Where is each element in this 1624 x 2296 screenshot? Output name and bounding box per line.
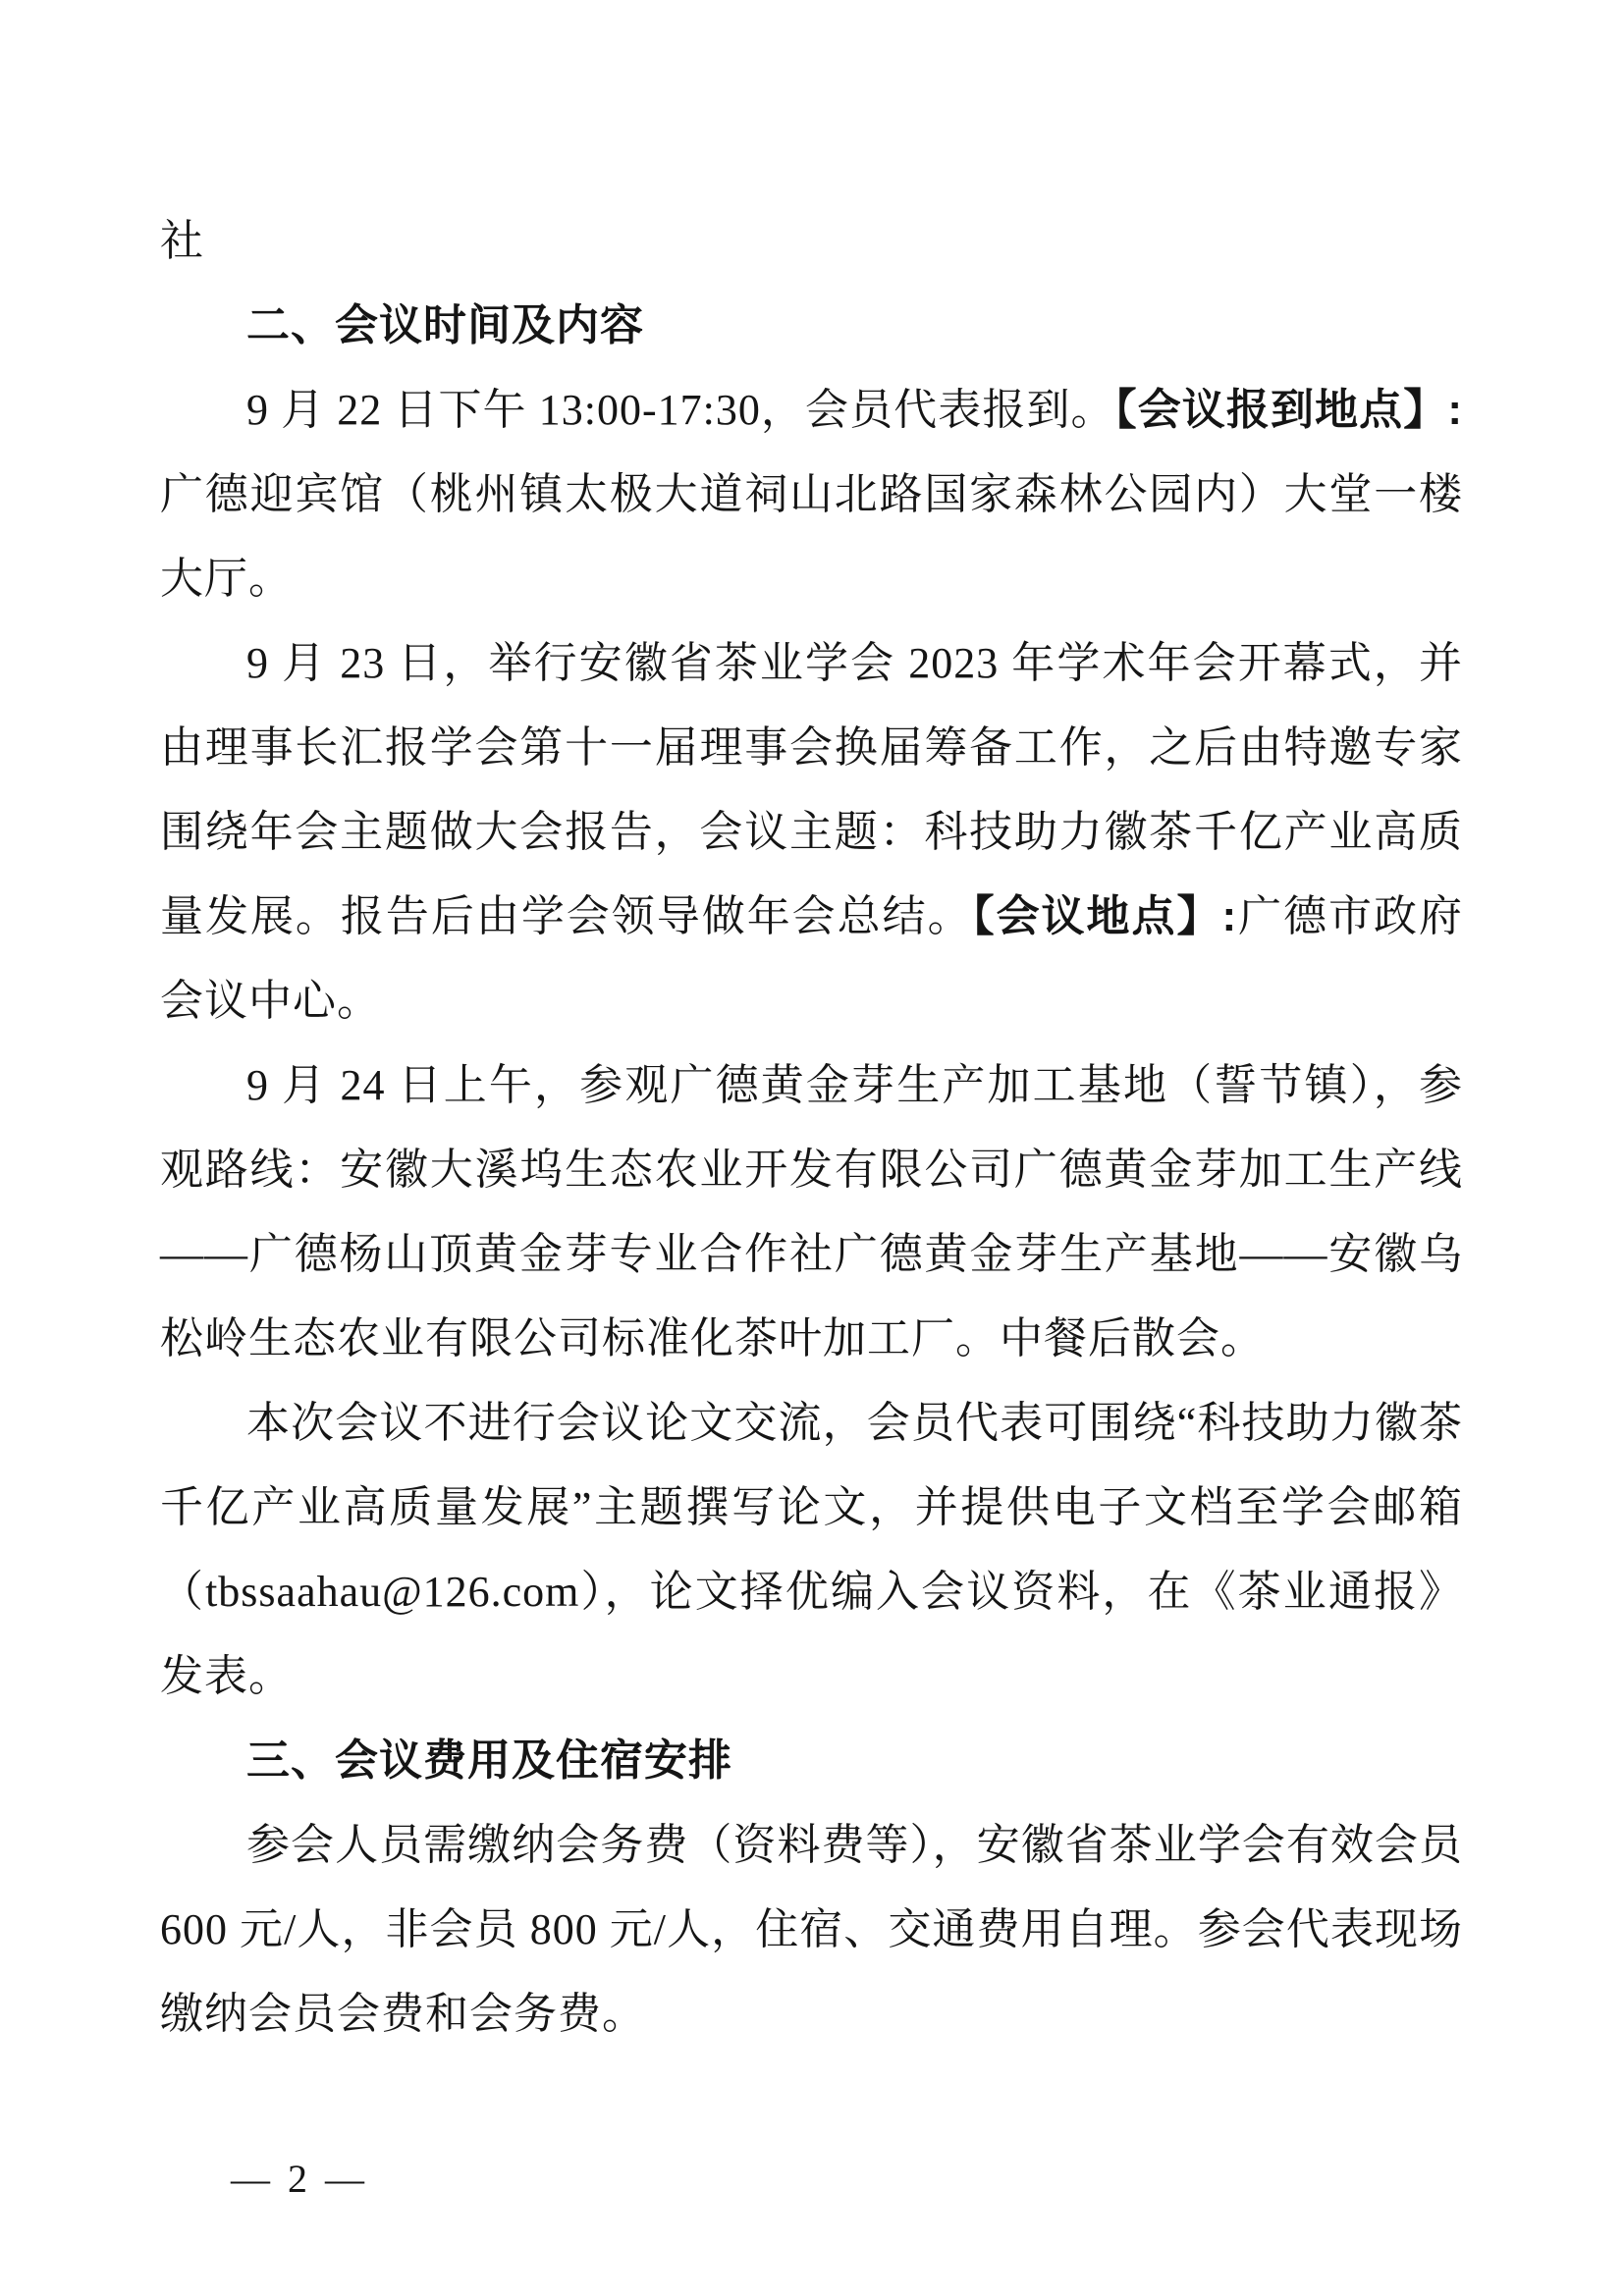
paragraph-registration: 9 月 22 日下午 13:00-17:30，会员代表报到。【会议报到地点】:广… (160, 368, 1463, 621)
paragraph-fees: 参会人员需缴纳会务费（资料费等），安徽省茶业学会有效会员 600 元/人，非会员… (160, 1803, 1463, 2056)
section-heading-fees: 三、会议费用及住宿安排 (160, 1719, 1463, 1803)
meeting-venue-label: 【会议地点】: (973, 892, 1238, 940)
document-page: 社 二、会议时间及内容 9 月 22 日下午 13:00-17:30，会员代表报… (0, 0, 1624, 2296)
paragraph-field-visit: 9 月 24 日上午，参观广德黄金芽生产加工基地（誓节镇），参观路线：安徽大溪坞… (160, 1043, 1463, 1381)
registration-venue-label: 【会议报到地点】: (1115, 386, 1463, 434)
paragraph-opening-ceremony: 9 月 23 日，举行安徽省茶业学会 2023 年学术年会开幕式，并由理事长汇报… (160, 621, 1463, 1043)
text-run: 9 月 22 日下午 13:00-17:30，会员代表报到。 (246, 386, 1115, 434)
paragraph-continuation: 社 (160, 199, 1463, 284)
page-content: 社 二、会议时间及内容 9 月 22 日下午 13:00-17:30，会员代表报… (160, 199, 1463, 2056)
paragraph-papers: 本次会议不进行会议论文交流，会员代表可围绕“科技助力徽茶千亿产业高质量发展”主题… (160, 1381, 1463, 1719)
page-number: — 2 — (160, 2156, 368, 2202)
section-heading-meeting-time: 二、会议时间及内容 (160, 284, 1463, 368)
text-run: 广德迎宾馆（桃州镇太极大道祠山北路国家森林公园内）大堂一楼大厅。 (160, 470, 1463, 603)
